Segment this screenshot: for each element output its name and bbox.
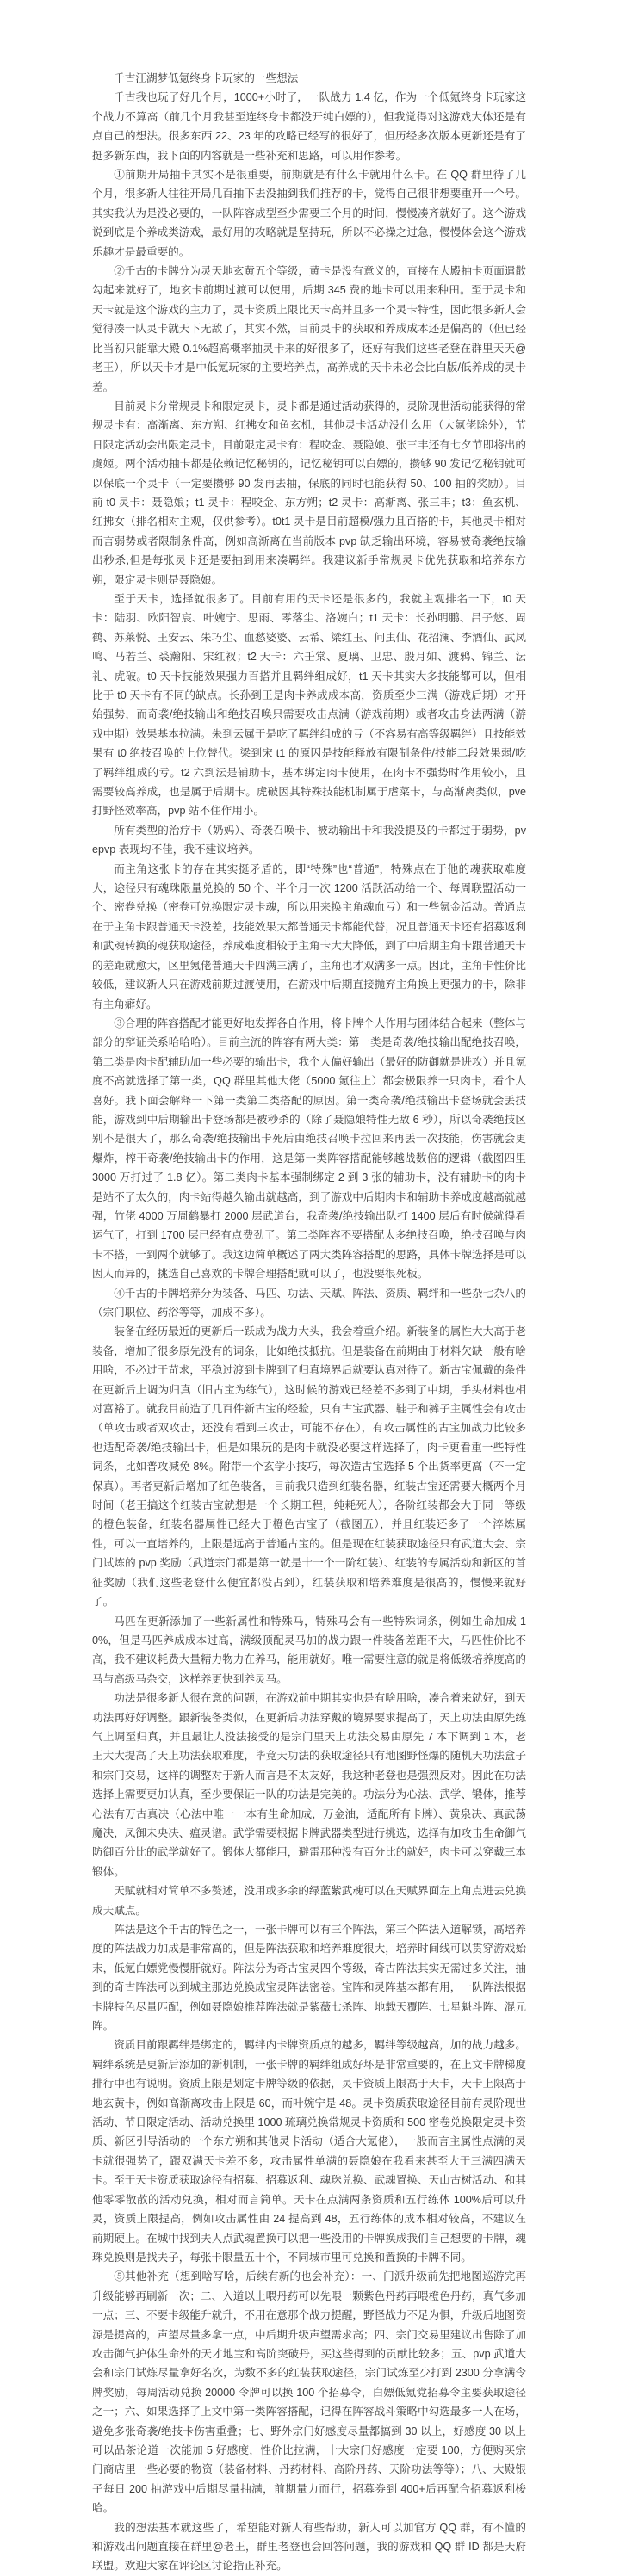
- paragraph: ①前期开局抽卡其实不是很重要，前期就是有什么卡就用什么卡。在 QQ 群里待了几个…: [92, 165, 526, 262]
- paragraph: ④千古的卡牌培养分为装备、马匹、功法、天赋、阵法、资质、羁绊和一些杂七杂八的（宗…: [92, 1284, 526, 1323]
- page-title: 千古江湖梦低氪终身卡玩家的一些想法: [92, 69, 526, 88]
- paragraph: ②千古的卡牌分为灵天地玄黄五个等级，黄卡是没有意义的，直接在大殿抽卡页面遣散勾起…: [92, 262, 526, 397]
- document-body: 千古我也玩了好几个月，1000+小时了，一队战力 1.4 亿，作为一个低氪终身卡…: [92, 88, 526, 2575]
- paragraph: 千古我也玩了好几个月，1000+小时了，一队战力 1.4 亿，作为一个低氪终身卡…: [92, 88, 526, 165]
- paragraph: 所有类型的治疗卡（奶妈）、奇袭召唤卡、被动输出卡和我没提及的卡都过于弱势，pve…: [92, 821, 526, 860]
- paragraph: ③合理的阵容搭配才能更好地发挥各自作用，将卡牌个人作用与团体结合起来（整体与部分…: [92, 1014, 526, 1284]
- paragraph: 阵法是这个千古的特色之一，一张卡牌可以有三个阵法，第三个阵法入道解锁，高培养度的…: [92, 1920, 526, 2035]
- paragraph: 目前灵卡分常规灵卡和限定灵卡，灵卡都是通过活动获得的，灵阶现世活动能获得的常规灵…: [92, 397, 526, 590]
- paragraph: 至于天卡，选择就很多了。目前有用的天卡还是很多的，我就主观排名一下，t0 天卡：…: [92, 590, 526, 821]
- paragraph: 而主角这张卡的存在其实挺矛盾的，即“特殊”也“普通”，特殊点在于他的魂获取难度大…: [92, 860, 526, 1014]
- document-page: 千古江湖梦低氪终身卡玩家的一些想法 千古我也玩了好几个月，1000+小时了，一队…: [92, 69, 526, 2576]
- paragraph: 马匹在更新添加了一些新属性和特殊马，特殊马会有一些特殊词条，例如生命加成 10%…: [92, 1612, 526, 1690]
- paragraph: 我的想法基本就这些了，希望能对新人有些帮助，新人可以加官方 QQ 群，有不懂的和…: [92, 2518, 526, 2576]
- paragraph: 天赋就相对简单不多赘述，没用或多余的绿蓝紫武魂可以在天赋界面左上角点进去兑换成天…: [92, 1881, 526, 1920]
- paragraph: 功法是很多新人很在意的问题，在游戏前中期其实也是有啥用啥，凑合着来就好，到天功法…: [92, 1689, 526, 1881]
- paragraph: 资质目前跟羁绊是绑定的，羁绊内卡牌资质点的越多，羁绊等级越高，加的战力越多。羁绊…: [92, 2035, 526, 2267]
- paragraph: ⑤其他补充（想到啥写啥，后续有新的也会补充）：一、门派升级前先把地图巡游完再升级…: [92, 2267, 526, 2517]
- paragraph: 装备在经历最近的更新后一跃成为战力大头，我会着重介绍。新装备的属性大大高于老装备…: [92, 1322, 526, 1611]
